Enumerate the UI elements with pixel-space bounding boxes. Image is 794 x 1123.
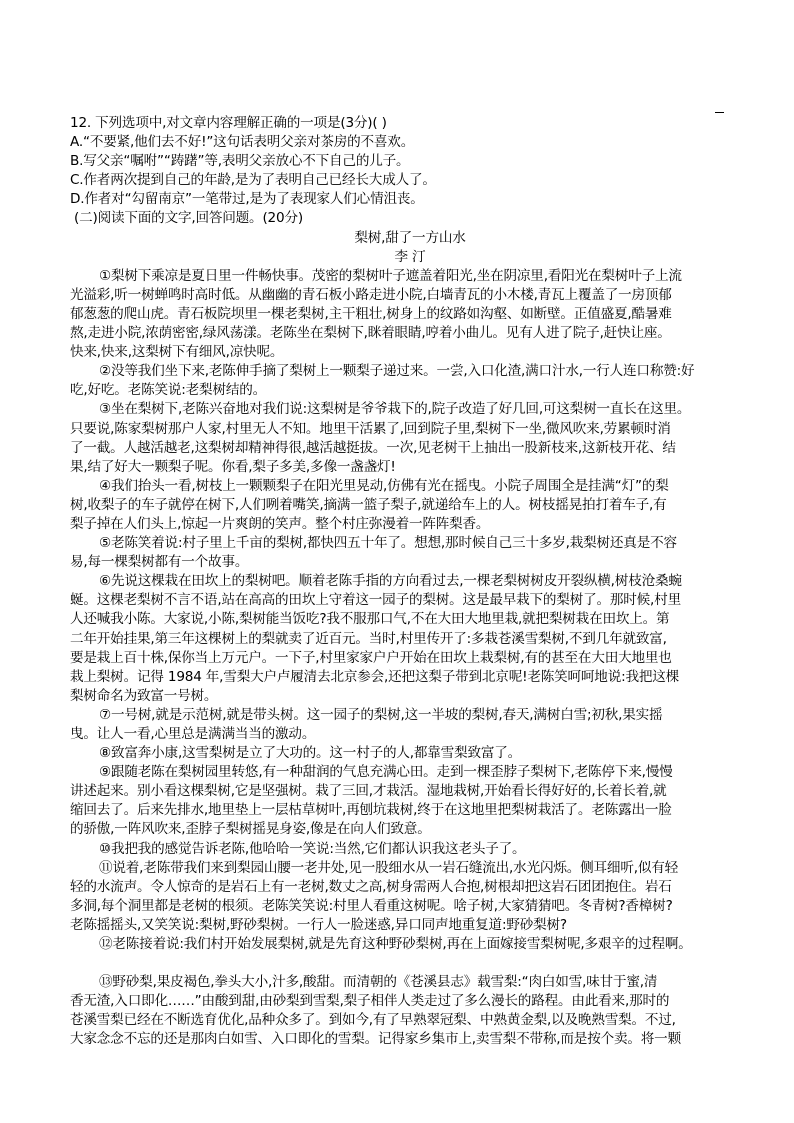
paragraph-line: ④我们抬头一看,树枝上一颗颗梨子在阳光里晃动,仿佛有光在摇曳。小院子周围全是挂满… bbox=[70, 477, 750, 496]
paragraph-line: 栽上梨树。记得 1984 年,雪梨大户卢履清去北京参会,还把这梨子带到北京呢!老… bbox=[70, 668, 750, 687]
paragraph-line: 要是栽上百十株,保你当上万元户。一下子,村里家家户户开始在田坎上栽梨树,有的甚至… bbox=[70, 649, 750, 668]
paragraph-line: ②没等我们坐下来,老陈伸手摘了梨树上一颗梨子递过来。一尝,入口化渣,满口汁水,一… bbox=[70, 362, 750, 381]
paragraph-line: ⑦一号树,就是示范树,就是带头树。这一园子的梨树,这一半坡的梨树,春天,满树白雪… bbox=[70, 706, 750, 725]
question-stem: 12. 下列选项中,对文章内容理解正确的一项是(3分)( ) bbox=[70, 114, 750, 133]
paragraph-line: 讲述起来。别小看这棵梨树,它是坚强树。栽了三回,才栽活。湿地栽树,开始看长得好好… bbox=[70, 782, 750, 801]
paragraph-line: 吃,好吃。老陈笑说:老梨树结的。 bbox=[70, 381, 750, 400]
paragraph-line: 梨子掉在人们头上,惊起一片爽朗的笑声。整个村庄弥漫着一阵阵梨香。 bbox=[70, 515, 750, 534]
paragraph-11: ⑪说着,老陈带我们来到梨园山腰一老井处,见一股细水从一岩石缝流出,水光闪烁。侧耳… bbox=[70, 859, 750, 935]
paragraph-10: ⑩我把我的感觉告诉老陈,他哈哈一笑说:当然,它们都认识我这老头子了。 bbox=[70, 840, 750, 859]
paragraph-5: ⑤老陈笑着说:村子里上千亩的梨树,都快四五十年了。想想,那时候自己三十多岁,栽梨… bbox=[70, 534, 750, 572]
option-c: C.作者两次提到自己的年龄,是为了表明自己已经长大成人了。 bbox=[70, 171, 750, 190]
blank-line bbox=[70, 954, 750, 973]
paragraph-line: 香无渣,入口即化……”由酸到甜,由砂梨到雪梨,梨子相伴人类走过了多么漫长的路程。… bbox=[70, 992, 750, 1011]
paragraph-line: ⑧致富奔小康,这雪梨树是立了大功的。这一村子的人,都靠雪梨致富了。 bbox=[70, 744, 750, 763]
paragraph-line: 了一截。人越活越老,这梨树却精神得很,越活越挺拔。一次,见老树干上抽出一股新枝来… bbox=[70, 439, 750, 458]
paragraph-line: 老陈摇摇头,又笑笑说:梨树,野砂梨树。一行人一脸迷惑,异口同声地重复道:野砂梨树… bbox=[70, 916, 750, 935]
paragraph-line: ③坐在梨树下,老陈兴奋地对我们说:这梨树是爷爷栽下的,院子改造了好几回,可这梨树… bbox=[70, 400, 750, 419]
document-page: 12. 下列选项中,对文章内容理解正确的一项是(3分)( ) A.“不要紧,他们… bbox=[0, 0, 794, 1123]
paragraph-line: 的骄傲,一阵风吹来,歪脖子梨树摇晃身姿,像是在向人们致意。 bbox=[70, 820, 750, 839]
paragraph-line: 轻的水流声。令人惊奇的是岩石上有一老树,数丈之高,树身需两人合抱,树根却把这岩石… bbox=[70, 878, 750, 897]
paragraph-line: ⑪说着,老陈带我们来到梨园山腰一老井处,见一股细水从一岩石缝流出,水光闪烁。侧耳… bbox=[70, 859, 750, 878]
paragraph-9: ⑨跟随老陈在梨树园里转悠,有一种甜润的气息充满心田。走到一棵歪脖子梨树下,老陈停… bbox=[70, 763, 750, 839]
paragraph-line: 缩回去了。后来先排水,地里垫上一层枯草树叶,再刨坑栽树,终于在这地里把梨树栽活了… bbox=[70, 801, 750, 820]
paragraph-line: ⑫老陈接着说:我们村开始发展梨树,就是先育这种野砂梨树,再在上面嫁接雪梨树呢,多… bbox=[70, 935, 750, 954]
paragraph-line: ①梨树下乘凉是夏日里一件畅快事。茂密的梨树叶子遮盖着阳光,坐在阴凉里,看阳光在梨… bbox=[70, 267, 750, 286]
question-12: 12. 下列选项中,对文章内容理解正确的一项是(3分)( ) A.“不要紧,他们… bbox=[70, 114, 750, 1050]
paragraph-line: 大家念念不忘的还是那肉白如雪、入口即化的雪梨。记得家乡集市上,卖雪梨不带称,而是… bbox=[70, 1030, 750, 1049]
paragraph-line: 只要说,陈家梨树那户人家,村里无人不知。地里干活累了,回到院子里,梨树下一坐,微… bbox=[70, 420, 750, 439]
paragraph-line: 二年开始挂果,第三年这棵树上的梨就卖了近百元。当时,村里传开了:多栽苍溪雪梨树,… bbox=[70, 630, 750, 649]
paragraph-line: 郁葱葱的爬山虎。青石板院坝里一棵老梨树,主干粗壮,树身上的纹路如沟壑、如断壁。正… bbox=[70, 305, 750, 324]
page-corner-mark bbox=[715, 112, 724, 113]
paragraph-line: 树,收梨子的车子就停在树下,人们咧着嘴笑,摘满一篮子梨子,就递给车上的人。树枝摇… bbox=[70, 496, 750, 515]
option-d: D.作者对“勾留南京”一笔带过,是为了表现家人们心情沮丧。 bbox=[70, 190, 750, 209]
paragraph-13: ⑬野砂梨,果皮褐色,拳头大小,汁多,酸甜。而清朝的《苍溪县志》载雪梨:“肉白如雪… bbox=[70, 973, 750, 1049]
section-heading: (二)阅读下面的文字,回答问题。(20分) bbox=[74, 209, 750, 228]
paragraph-line: ⑩我把我的感觉告诉老陈,他哈哈一笑说:当然,它们都认识我这老头子了。 bbox=[70, 840, 750, 859]
option-a: A.“不要紧,他们去不好!”这句话表明父亲对茶房的不喜欢。 bbox=[70, 133, 750, 152]
paragraph-6: ⑥先说这棵栽在田坎上的梨树吧。顺着老陈手指的方向看过去,一棵老梨树树皮开裂纵横,… bbox=[70, 572, 750, 706]
option-b: B.写父亲“嘱咐”“踌躇”等,表明父亲放心不下自己的儿子。 bbox=[70, 152, 750, 171]
paragraph-line: 蜒。这棵老梨树不言不语,站在高高的田坎上守着这一园子的梨树。这是最早栽下的梨树了… bbox=[70, 591, 750, 610]
paragraph-line: 易,每一棵梨树都有一个故事。 bbox=[70, 553, 750, 572]
paragraph-2: ②没等我们坐下来,老陈伸手摘了梨树上一颗梨子递过来。一尝,入口化渣,满口汁水,一… bbox=[70, 362, 750, 400]
article-author: 李 汀 bbox=[70, 248, 750, 267]
paragraph-7: ⑦一号树,就是示范树,就是带头树。这一园子的梨树,这一半坡的梨树,春天,满树白雪… bbox=[70, 706, 750, 744]
paragraph-line: 熬,走进小院,浓荫密密,绿风荡漾。老陈坐在梨树下,眯着眼睛,哼着小曲儿。见有人进… bbox=[70, 324, 750, 343]
paragraph-3: ③坐在梨树下,老陈兴奋地对我们说:这梨树是爷爷栽下的,院子改造了好几回,可这梨树… bbox=[70, 400, 750, 476]
paragraph-line: ⑨跟随老陈在梨树园里转悠,有一种甜润的气息充满心田。走到一棵歪脖子梨树下,老陈停… bbox=[70, 763, 750, 782]
paragraph-line: 果,结了好大一颗梨子呢。你看,梨子多美,多像一盏盏灯! bbox=[70, 458, 750, 477]
paragraph-line: 人还喊我小陈。大家说,小陈,梨树能当饭吃?我不服那口气,不在大田大地里栽,就把梨… bbox=[70, 610, 750, 629]
paragraph-line: 快来,快来,这梨树下有细风,凉快呢。 bbox=[70, 343, 750, 362]
paragraph-line: ⑥先说这棵栽在田坎上的梨树吧。顺着老陈手指的方向看过去,一棵老梨树树皮开裂纵横,… bbox=[70, 572, 750, 591]
paragraph-line: 曳。让人一看,心里总是满满当当的激动。 bbox=[70, 725, 750, 744]
article-title: 梨树,甜了一方山水 bbox=[70, 229, 750, 248]
paragraph-line: 多洞,每个洞里都是老树的根须。老陈笑笑说:村里人看重这树呢。啥子树,大家猜猜吧。… bbox=[70, 897, 750, 916]
paragraph-line: 苍溪雪梨已经在不断选育优化,品种众多了。到如今,有了早熟翠冠梨、中熟黄金梨,以及… bbox=[70, 1011, 750, 1030]
paragraph-8: ⑧致富奔小康,这雪梨树是立了大功的。这一村子的人,都靠雪梨致富了。 bbox=[70, 744, 750, 763]
paragraph-line: 梨树命名为致富一号树。 bbox=[70, 687, 750, 706]
paragraph-4: ④我们抬头一看,树枝上一颗颗梨子在阳光里晃动,仿佛有光在摇曳。小院子周围全是挂满… bbox=[70, 477, 750, 534]
paragraph-line: ⑤老陈笑着说:村子里上千亩的梨树,都快四五十年了。想想,那时候自己三十多岁,栽梨… bbox=[70, 534, 750, 553]
paragraph-12: ⑫老陈接着说:我们村开始发展梨树,就是先育这种野砂梨树,再在上面嫁接雪梨树呢,多… bbox=[70, 935, 750, 954]
paragraph-1: ①梨树下乘凉是夏日里一件畅快事。茂密的梨树叶子遮盖着阳光,坐在阴凉里,看阳光在梨… bbox=[70, 267, 750, 362]
paragraph-line: 光溢彩,听一树蝉鸣时高时低。从幽幽的青石板小路走进小院,白墙青瓦的小木楼,青瓦上… bbox=[70, 286, 750, 305]
paragraph-line: ⑬野砂梨,果皮褐色,拳头大小,汁多,酸甜。而清朝的《苍溪县志》载雪梨:“肉白如雪… bbox=[70, 973, 750, 992]
